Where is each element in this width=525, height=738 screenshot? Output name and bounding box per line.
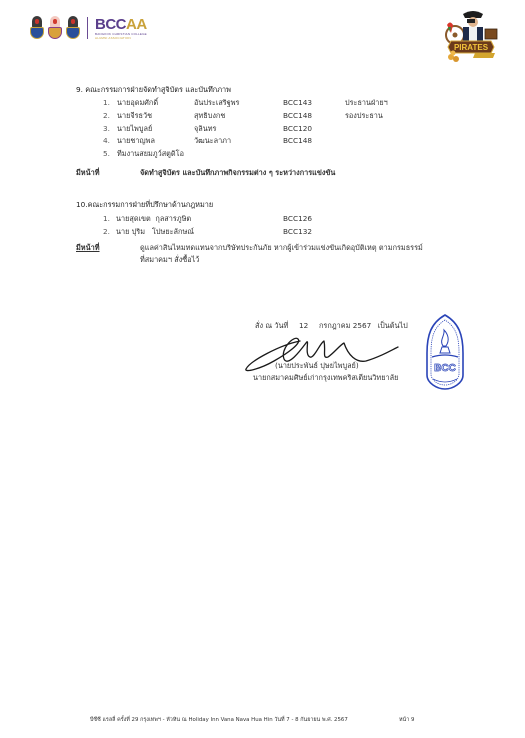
member-name: นายจีรธวัช [117, 110, 152, 122]
order-suffix: เป็นต้นไป [378, 321, 408, 330]
member-name: นาย ปุริม โปษยะลักษณ์ [116, 226, 194, 238]
member-surname: วัฒนะลาภา [194, 135, 231, 147]
section-10-title: 10.คณะกรรมการฝ่ายที่ปรึกษาด้านกฎหมาย [76, 199, 213, 211]
member-name: นายชาญพล [117, 135, 155, 147]
footer-event-text: บีซีซี แรลลี่ ครั้งที่ 29 กรุงเทพฯ - หัว… [90, 716, 348, 724]
logo-divider [87, 17, 88, 39]
footer-page-number: หน้า 9 [399, 716, 414, 724]
school-crest-icon [30, 16, 44, 40]
duty-label: มีหน้าที่ [76, 168, 100, 177]
member-code: BCC148 [283, 110, 312, 122]
bccaa-logo-accent: AA [126, 16, 147, 33]
member-surname: จุลินทร [194, 123, 216, 135]
member-number: 2. [96, 226, 110, 238]
bccaa-subtitle-2: ALUMNI ASSOCIATION [95, 37, 147, 40]
section-9-title: 9. คณะกรรมการฝ่ายจัดทำสูจิบัตร และบันทึก… [76, 84, 231, 96]
member-role: รองประธาน [345, 110, 383, 122]
member-code: BCC132 [283, 226, 312, 238]
signatory-position: นายกสมาคมศิษย์เก่ากรุงเทพคริสเตียนวิทยาล… [253, 372, 398, 384]
member-number: 1. [96, 213, 110, 225]
member-surname: สุทธิบงกช [194, 110, 225, 122]
member-number: 2. [96, 110, 110, 122]
section-10-duty-line-2: ที่สมาคมฯ สั่งซื้อไว้ [140, 254, 199, 266]
member-number: 4. [96, 135, 110, 147]
member-code: BCC120 [283, 123, 312, 135]
section-10-duty-label: มีหน้าที่ [76, 242, 100, 254]
member-name: ทีมงานสยมภูว์สตูดิโอ [117, 148, 184, 160]
member-code: BCC143 [283, 97, 312, 109]
order-date: สั่ง ณ วันที่ 12 กรกฎาคม 2567 เป็นต้นไป [255, 320, 408, 332]
bccaa-logo-main: BCC [95, 16, 126, 33]
member-number: 1. [96, 97, 110, 109]
school-crest-icon [48, 16, 62, 40]
member-code: BCC148 [283, 135, 312, 147]
order-prefix: สั่ง ณ วันที่ [255, 321, 288, 330]
signatory-name: (นายประพันธ์ ปุษยไพบูลย์) [275, 360, 359, 372]
svg-text:BCC: BCC [434, 363, 456, 374]
member-name: นายอุดมศักดิ์ [117, 97, 158, 109]
pirate-logo-text: PIRATES [454, 43, 489, 52]
section-10-duty-line-1: ดูแลค่าสินไหมทดแทนจากบริษัทประกันภัย หาก… [140, 242, 423, 254]
member-number: 3. [96, 123, 110, 135]
pirate-event-logo: PIRATES [437, 5, 507, 65]
member-name: นายสุดเขต กุลสารภูษิต [116, 213, 191, 225]
member-surname: อันประเสริฐพร [194, 97, 239, 109]
header-logos: BCCAA BANGKOK CHRISTIAN COLLEGE ALUMNI A… [30, 14, 147, 42]
order-day: 12 [291, 320, 317, 332]
section-9-duty-text: จัดทำสูจิบัตร และบันทึกภาพกิจกรรมต่าง ๆ … [140, 167, 335, 179]
school-crest-icon [66, 16, 80, 40]
order-month-year: กรกฎาคม 2567 [319, 321, 371, 330]
member-name: นายไพบูลย์ [117, 123, 152, 135]
member-code: BCC126 [283, 213, 312, 225]
member-role: ประธานฝ่ายฯ [345, 97, 388, 109]
member-number: 5. [96, 148, 110, 160]
bccaa-logo: BCCAA BANGKOK CHRISTIAN COLLEGE ALUMNI A… [95, 17, 147, 40]
association-seal-icon: BCC [423, 313, 467, 391]
section-9-duty: มีหน้าที่ [76, 167, 100, 179]
